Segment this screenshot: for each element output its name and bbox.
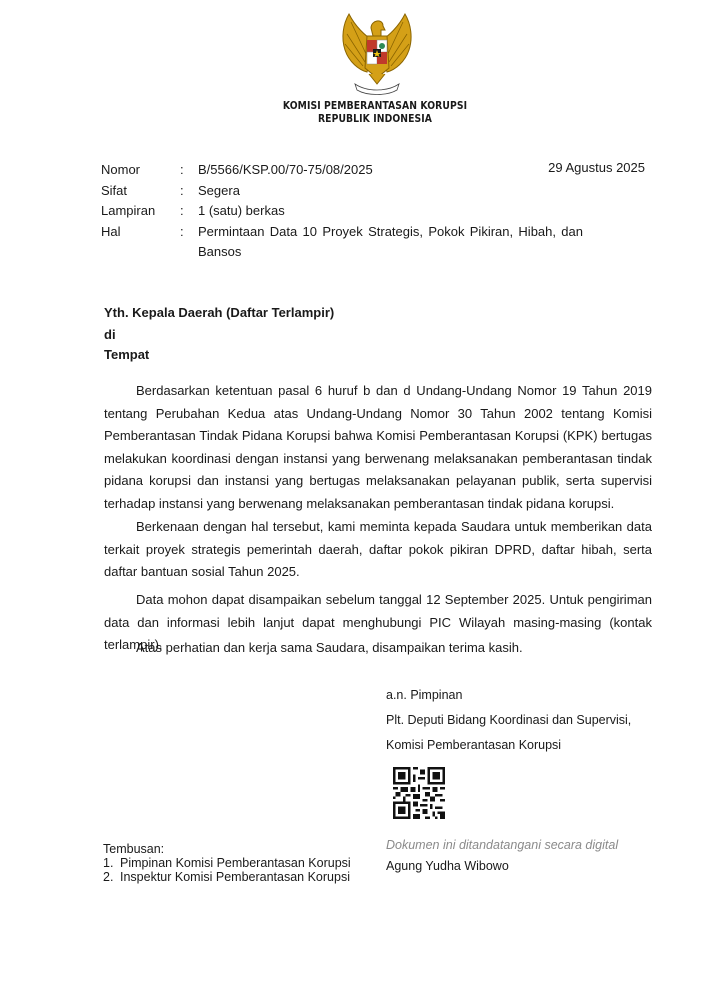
signer-name: Agung Yudha Wibowo — [386, 859, 509, 873]
meta-colon: : — [180, 222, 184, 243]
garuda-emblem-icon — [337, 12, 417, 98]
meta-row-sifat: Sifat : Segera — [101, 181, 661, 201]
tembusan-number: 1. — [103, 856, 120, 870]
meta-colon: : — [180, 201, 184, 222]
meta-label: Lampiran — [101, 201, 155, 222]
qr-code-icon — [393, 767, 445, 819]
meta-value: Segera — [198, 181, 583, 202]
tembusan-text: Inspektur Komisi Pemberantasan Korupsi — [120, 870, 350, 884]
meta-row-lampiran: Lampiran : 1 (satu) berkas — [101, 201, 661, 221]
meta-colon: : — [180, 160, 184, 181]
body-paragraph-4: Atas perhatian dan kerja sama Saudara, d… — [104, 637, 652, 660]
addressee-place: Tempat — [104, 347, 149, 362]
paragraph-text: Berdasarkan ketentuan pasal 6 huruf b da… — [104, 380, 652, 515]
signature-on-behalf: a.n. Pimpinan — [386, 688, 462, 702]
meta-label: Sifat — [101, 181, 127, 202]
meta-row-nomor: Nomor : B/5566/KSP.00/70-75/08/2025 — [101, 160, 661, 180]
body-paragraph-2: Berkenaan dengan hal tersebut, kami memi… — [104, 516, 652, 584]
meta-label: Hal — [101, 222, 121, 243]
paragraph-text: Atas perhatian dan kerja sama Saudara, d… — [104, 637, 652, 660]
meta-colon: : — [180, 181, 184, 202]
meta-value: 1 (satu) berkas — [198, 201, 583, 222]
organization-name: KOMISI PEMBERANTASAN KORUPSI — [256, 100, 494, 112]
tembusan-text: Pimpinan Komisi Pemberantasan Korupsi — [120, 856, 351, 870]
paragraph-text: Berkenaan dengan hal tersebut, kami memi… — [104, 516, 652, 584]
meta-row-hal: Hal : Permintaan Data 10 Proyek Strategi… — [101, 222, 661, 242]
signature-position: Plt. Deputi Bidang Koordinasi dan Superv… — [386, 713, 631, 727]
organization-country: REPUBLIK INDONESIA — [256, 113, 494, 125]
body-paragraph-1: Berdasarkan ketentuan pasal 6 huruf b da… — [104, 380, 652, 515]
addressee-di: di — [104, 327, 116, 342]
meta-label: Nomor — [101, 160, 140, 181]
tembusan-title: Tembusan: — [103, 842, 164, 856]
addressee-line: Yth. Kepala Daerah (Daftar Terlampir) — [104, 305, 334, 320]
meta-value: Bansos — [198, 242, 583, 263]
digital-signature-note: Dokumen ini ditandatangani secara digita… — [386, 838, 618, 852]
signature-institution: Komisi Pemberantasan Korupsi — [386, 738, 561, 752]
tembusan-number: 2. — [103, 870, 120, 884]
meta-value: Permintaan Data 10 Proyek Strategis, Pok… — [198, 222, 583, 243]
tembusan-item: 2.Inspektur Komisi Pemberantasan Korupsi — [103, 870, 350, 884]
tembusan-item: 1.Pimpinan Komisi Pemberantasan Korupsi — [103, 856, 351, 870]
meta-value: B/5566/KSP.00/70-75/08/2025 — [198, 160, 583, 181]
meta-row-hal-continued: Bansos — [101, 242, 661, 262]
